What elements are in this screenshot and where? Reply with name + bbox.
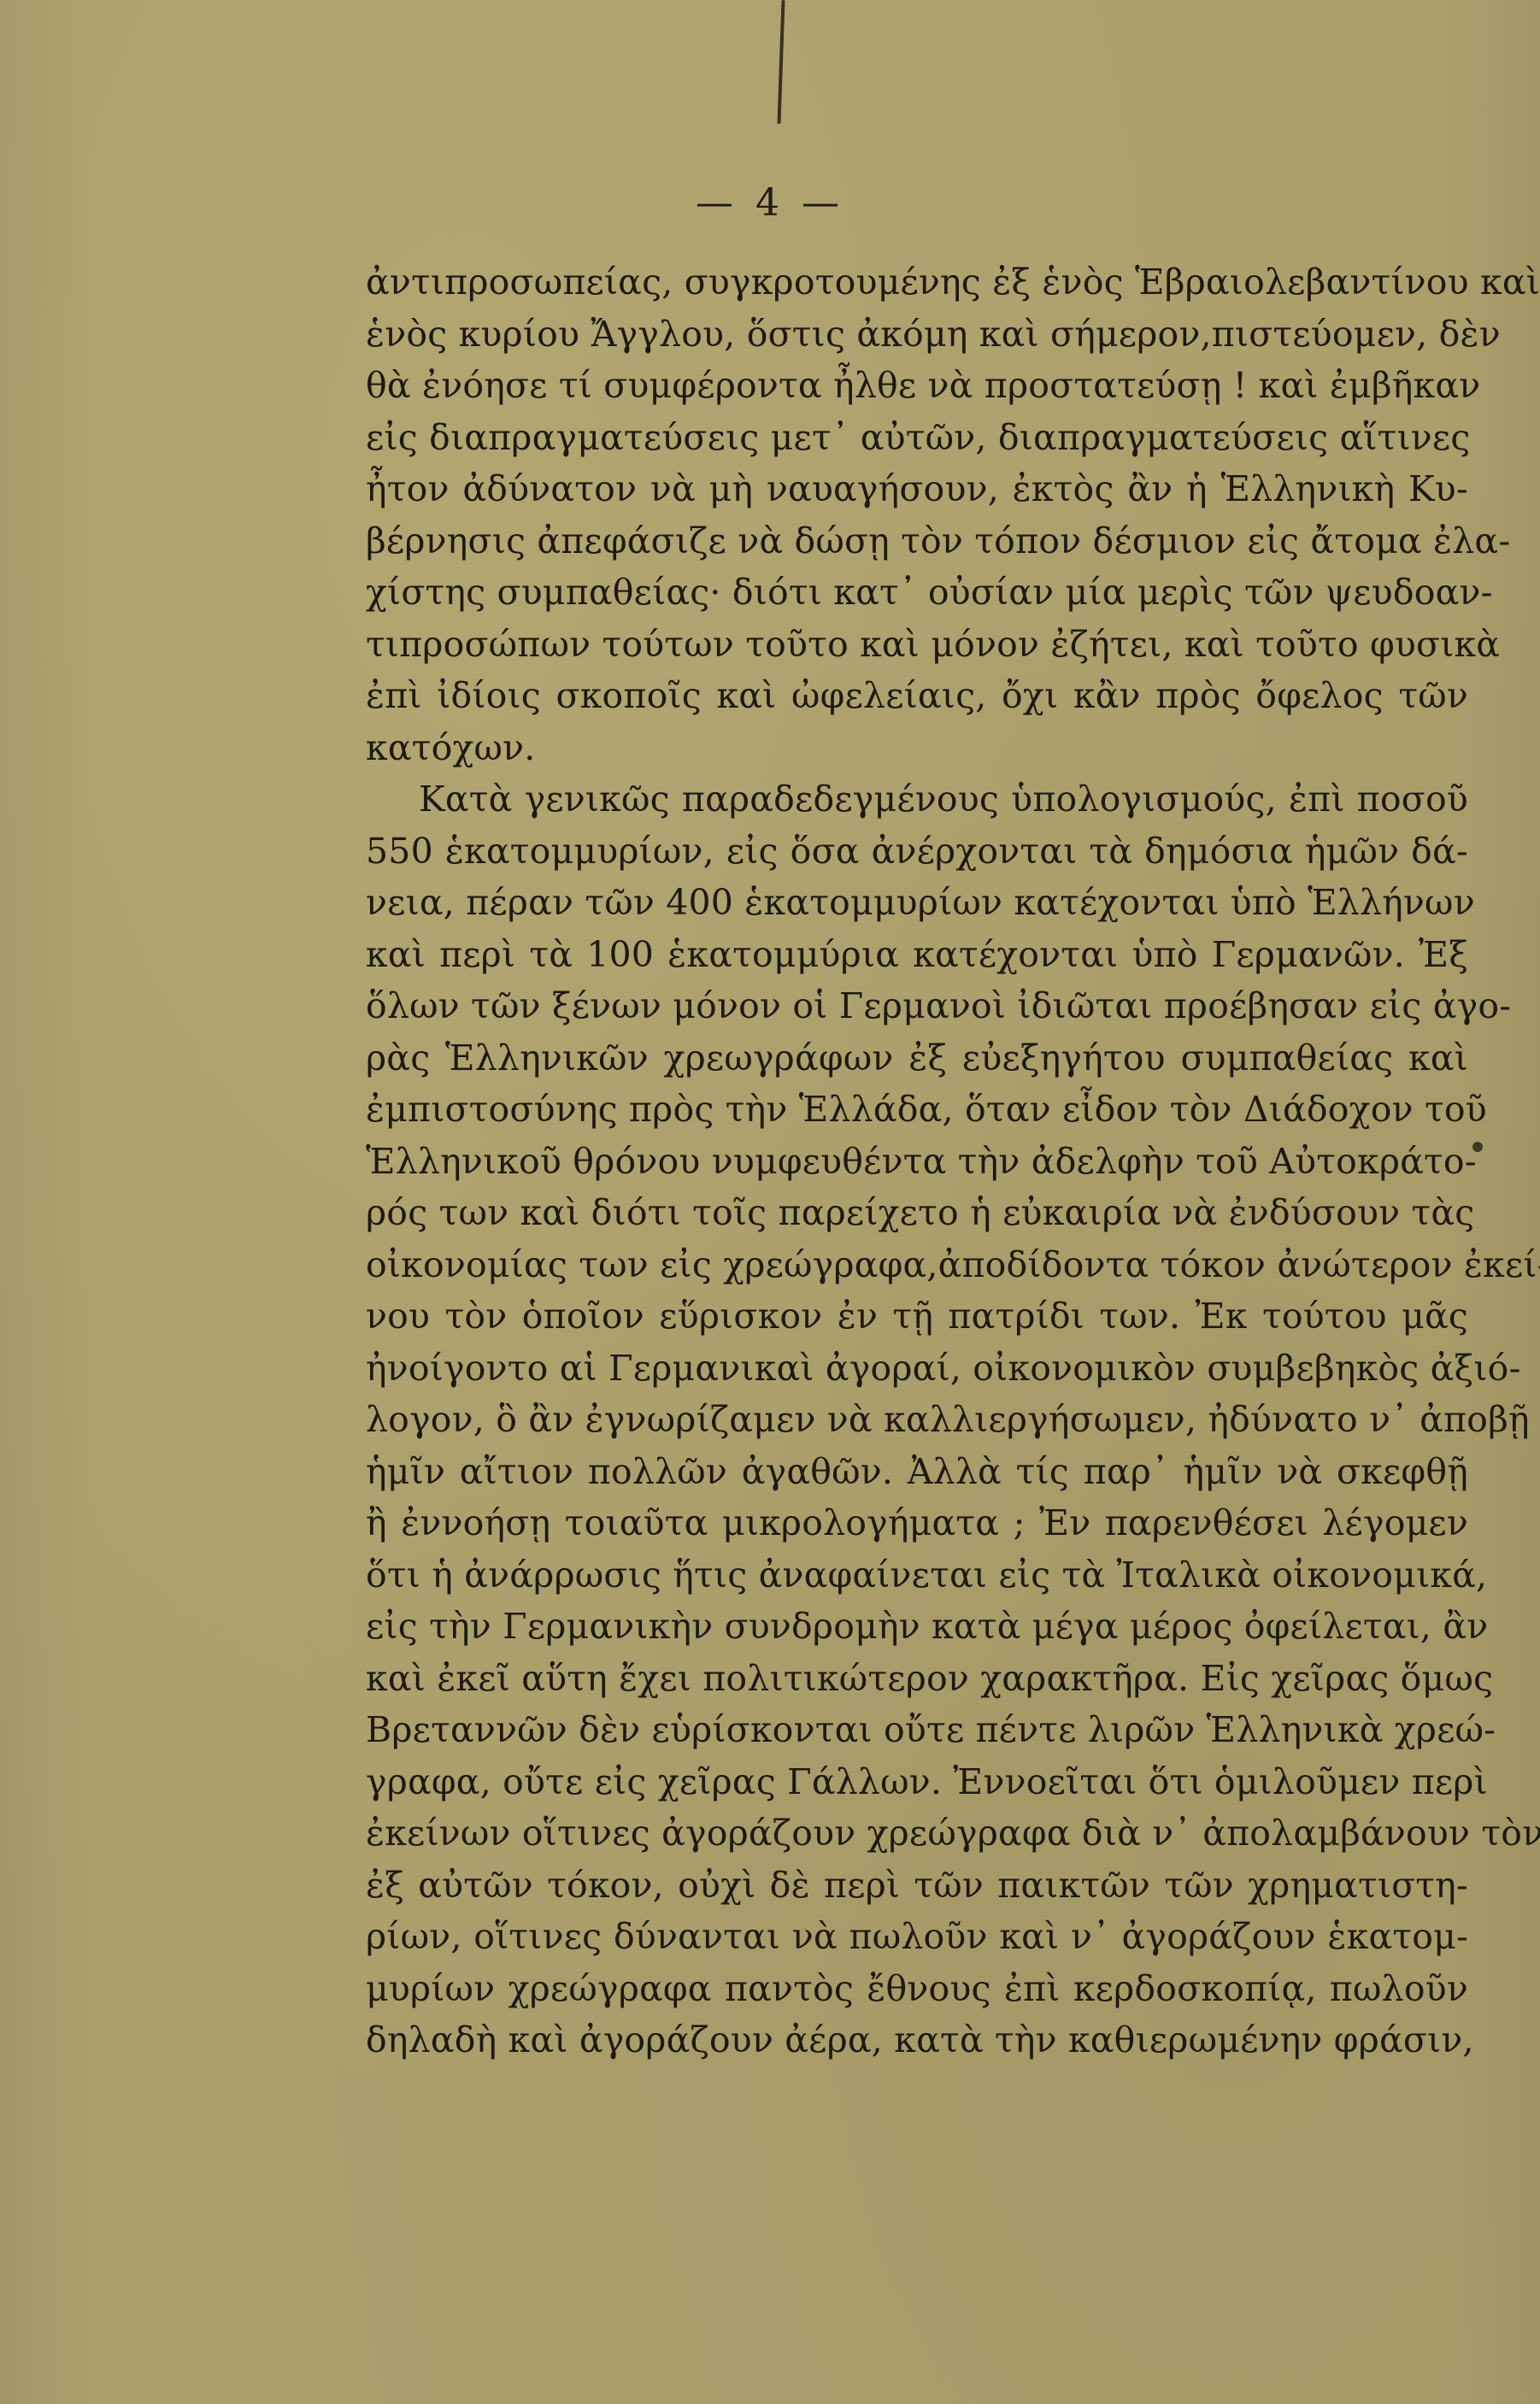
- text-line: ἡμῖν αἴτιον πολλῶν ἀγαθῶν. Ἀλλὰ τίς παρ᾽…: [366, 1446, 1468, 1498]
- text-line: ρίων, οἵτινες δύνανται νὰ πωλοῦν καὶ ν᾽ …: [366, 1911, 1468, 1963]
- text-line: ἢ ἐννοήσῃ τοιαῦτα μικρολογήματα ; Ἐν παρ…: [366, 1497, 1468, 1549]
- text-line: εἰς διαπραγματεύσεις μετ᾽ αὐτῶν, διαπραγ…: [366, 412, 1468, 464]
- text-line: οἰκονομίας των εἰς χρεώγραφα,ἀποδίδοντα …: [366, 1239, 1468, 1291]
- text-line: Κατὰ γενικῶς παραδεδεγμένους ὑπολογισμού…: [366, 773, 1468, 826]
- text-line: γραφα, οὔτε εἰς χεῖρας Γάλλων. Ἐννοεῖται…: [366, 1756, 1468, 1808]
- text-line: ἐμπιστοσύνης πρὸς τὴν Ἑλλάδα, ὅταν εἶδον…: [366, 1084, 1468, 1136]
- text-line: νου τὸν ὁποῖον εὕρισκον ἐν τῇ πατρίδι τω…: [366, 1290, 1468, 1343]
- page-number: — 4 —: [0, 181, 1540, 225]
- text-line: ἐξ αὐτῶν τόκον, οὐχὶ δὲ περὶ τῶν παικτῶν…: [366, 1860, 1468, 1912]
- text-line: κατόχων.: [366, 722, 1468, 774]
- text-line: Ἑλληνικοῦ θρόνου νυμφευθέντα τὴν ἀδελφὴν…: [366, 1136, 1468, 1188]
- paper-crease-mark: [777, 0, 785, 124]
- text-line: ἀντιπροσωπείας, συγκροτουμένης ἐξ ἑνὸς Ἑ…: [366, 256, 1468, 309]
- body-text: ἀντιπροσωπείας, συγκροτουμένης ἐξ ἑνὸς Ἑ…: [366, 256, 1468, 2066]
- text-line: χίστης συμπαθείας· διότι κατ᾽ οὐσίαν μία…: [366, 567, 1468, 619]
- text-line: ἐπὶ ἰδίοις σκοποῖς καὶ ὠφελείαις, ὄχι κἂ…: [366, 670, 1468, 722]
- text-line: δηλαδὴ καὶ ἀγοράζουν ἀέρα, κατὰ τὴν καθι…: [366, 2014, 1468, 2066]
- text-line: ἐκείνων οἵτινες ἀγοράζουν χρεώγραφα διὰ …: [366, 1807, 1468, 1860]
- text-line: Βρεταννῶν δὲν εὑρίσκονται οὔτε πέντε λιρ…: [366, 1704, 1468, 1756]
- text-line: λογον, ὃ ἂν ἐγνωρίζαμεν νὰ καλλιεργήσωμε…: [366, 1394, 1468, 1446]
- text-line: εἰς τὴν Γερμανικὴν συνδρομὴν κατὰ μέγα μ…: [366, 1601, 1468, 1653]
- text-line: θὰ ἐνόησε τί συμφέροντα ἦλθε νὰ προστατε…: [366, 360, 1468, 412]
- text-line: ρός των καὶ διότι τοῖς παρείχετο ἡ εὐκαι…: [366, 1187, 1468, 1239]
- text-line: καὶ περὶ τὰ 100 ἑκατομμύρια κατέχονται ὑ…: [366, 929, 1468, 981]
- text-line: βέρνησις ἀπεφάσιζε νὰ δώσῃ τὸν τόπον δέσ…: [366, 515, 1468, 567]
- text-line: τιπροσώπων τούτων τοῦτο καὶ μόνον ἐζήτει…: [366, 619, 1468, 671]
- paragraph-2: Κατὰ γενικῶς παραδεδεγμένους ὑπολογισμού…: [366, 773, 1468, 2066]
- text-line: ρὰς Ἑλληνικῶν χρεωγράφων ἐξ εὐεξηγήτου σ…: [366, 1032, 1468, 1084]
- text-line: 550 ἑκατομμυρίων, εἰς ὅσα ἀνέρχονται τὰ …: [366, 826, 1468, 878]
- text-line: ἠνοίγοντο αἱ Γερμανικαὶ ἀγοραί, οἰκονομι…: [366, 1343, 1468, 1395]
- text-line: ὅλων τῶν ξένων μόνον οἱ Γερμανοὶ ἰδιῶται…: [366, 980, 1468, 1032]
- text-line: καὶ ἐκεῖ αὕτη ἔχει πολιτικώτερον χαρακτῆ…: [366, 1653, 1468, 1705]
- text-line: νεια, πέραν τῶν 400 ἑκατομμυρίων κατέχον…: [366, 877, 1468, 929]
- paragraph-1: ἀντιπροσωπείας, συγκροτουμένης ἐξ ἑνὸς Ἑ…: [366, 256, 1468, 773]
- text-line: ἑνὸς κυρίου Ἄγγλου, ὅστις ἀκόμη καὶ σήμε…: [366, 309, 1468, 361]
- text-line: ἦτον ἀδύνατον νὰ μὴ ναυαγήσουν, ἐκτὸς ἂν…: [366, 463, 1468, 515]
- text-line: μυρίων χρεώγραφα παντὸς ἔθνους ἐπὶ κερδο…: [366, 1963, 1468, 2015]
- text-line: ὅτι ἡ ἀνάρρωσις ἥτις ἀναφαίνεται εἰς τὰ …: [366, 1549, 1468, 1602]
